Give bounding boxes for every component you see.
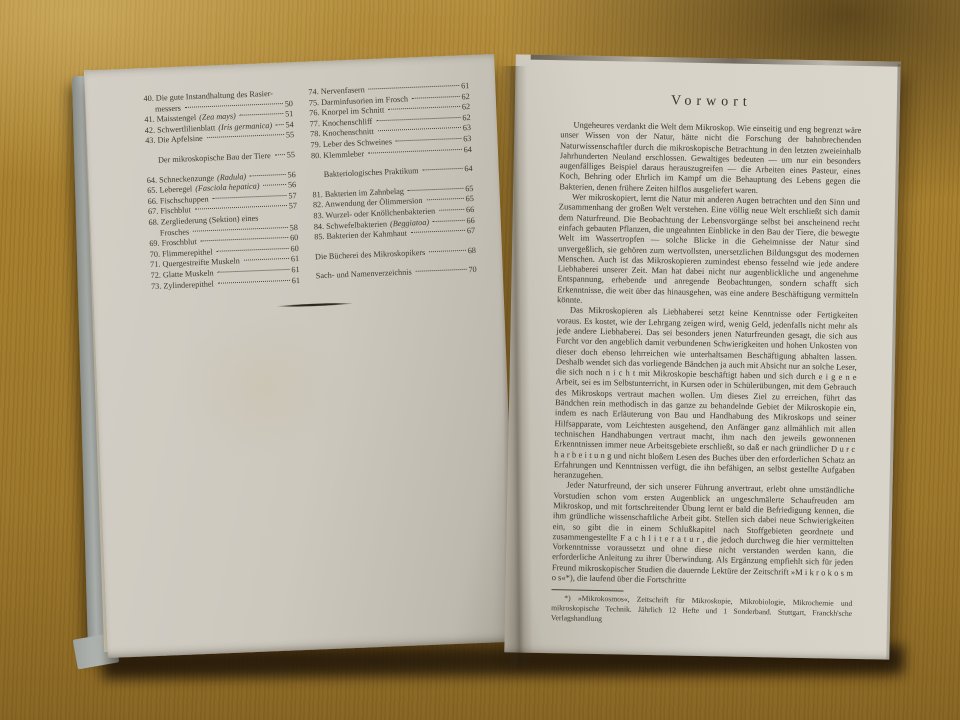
footnote-rule (551, 590, 623, 592)
dot-leader (429, 250, 466, 252)
right-page-vorwort: Vorwort Ungeheures verdankt die Welt dem… (504, 54, 900, 659)
toc-entry-latin: (Iris germanica) (218, 121, 272, 132)
wood-table-background: 40. Die gute Instandhaltung des Rasier- … (0, 0, 960, 720)
dot-leader (218, 269, 290, 273)
footnote: *) »Mikrokosmos«, Zeitschrift für Mikros… (551, 594, 853, 629)
toc-entry-label: 41. Maisstengel (144, 113, 196, 124)
toc-entry-latin: (Beggiatoa) (390, 217, 429, 228)
toc-entry-label: Bakteriologisches Praktikum (324, 166, 419, 180)
dot-leader (378, 127, 461, 131)
toc-entry-label: Die Bücherei des Mikroskopikers (315, 248, 426, 263)
toc-page-number: 63 (463, 123, 472, 134)
toc-page-number: 64 (463, 145, 472, 156)
dot-leader (263, 184, 285, 186)
toc-entry-label: Der mikroskopische Bau der Tiere (158, 151, 271, 166)
section-divider-rule (276, 302, 354, 308)
toc-page-number: 66 (466, 205, 475, 216)
dot-leader (369, 85, 459, 90)
toc-entry-label: 64. Schneckenzunge (147, 173, 215, 185)
toc-page-number: 65 (465, 194, 474, 205)
toc-column-right: 74. Nervenfasern61 75. Darminfusorien im… (308, 81, 477, 285)
vorwort-paragraph: Ungeheures verdankt die Welt dem Mikrosk… (559, 119, 861, 197)
dot-leader (412, 96, 460, 99)
dot-leader (376, 117, 460, 121)
open-book: 40. Die gute Instandhaltung des Rasier- … (78, 40, 930, 680)
toc-entry-latin: (Fasciola hepatica) (195, 182, 260, 194)
toc-page-number: 51 (285, 109, 294, 120)
toc-page-number: 55 (287, 150, 296, 161)
toc-page-number: 62 (461, 92, 470, 103)
toc-entry-label: 73. Zylinderepithel (151, 279, 214, 292)
toc-page-number: 67 (467, 226, 476, 237)
toc-page-number: 57 (289, 201, 298, 212)
toc-entry: Sach- und Namenverzeichnis70 (316, 265, 477, 282)
toc-page-number: 58 (289, 223, 298, 234)
vorwort-text-block: Vorwort Ungeheures verdankt die Welt dem… (505, 54, 901, 629)
toc-page-number: 62 (462, 102, 471, 113)
dot-leader (240, 113, 283, 116)
dot-leader (439, 209, 464, 211)
dot-leader (244, 258, 289, 261)
toc-page-number: 70 (468, 265, 477, 276)
vorwort-paragraph: Wer mikroskopiert, lernt die Natur mit a… (557, 191, 860, 310)
toc-entry: Die Bücherei des Mikroskopikers68 (315, 246, 476, 263)
dot-leader (216, 248, 288, 252)
toc-entry-latin: (Radula) (217, 172, 246, 182)
dot-leader (193, 226, 288, 231)
toc-entry-label: 80. Klemmleber (311, 149, 365, 162)
dot-leader (426, 198, 463, 200)
dot-leader (250, 174, 285, 176)
dot-leader (218, 279, 290, 283)
toc-page-number: 55 (286, 130, 295, 141)
toc-page-number: 61 (291, 265, 300, 276)
toc-page-number: 65 (465, 184, 474, 195)
toc-section-heading: Bakteriologisches Praktikum64 (312, 164, 473, 181)
toc-page-number: 57 (288, 191, 297, 202)
dot-leader (408, 188, 463, 191)
toc-page-number: 61 (291, 254, 300, 265)
toc-entry-label: 42. Schwertlilienblatt (145, 123, 216, 135)
toc-page-number: 54 (285, 120, 294, 131)
dot-leader (275, 154, 285, 155)
dot-leader (411, 230, 465, 233)
page-title: Vorwort (561, 91, 862, 113)
toc-page-number: 60 (290, 233, 299, 244)
toc-entry-latin: (Zea mays) (199, 112, 236, 122)
dot-leader (388, 106, 460, 110)
toc-page-number: 56 (287, 170, 296, 181)
dot-leader (422, 168, 462, 171)
vorwort-paragraph: Jeder Naturfreund, der sich unserer Führ… (552, 480, 855, 589)
toc-page-number: 62 (462, 113, 471, 124)
dot-leader (201, 237, 289, 242)
toc-page-number: 64 (464, 164, 473, 175)
toc-page-number: 61 (461, 81, 470, 92)
vorwort-paragraph: Das Mikroskopieren als Liebhaberei setzt… (554, 305, 858, 486)
dot-leader (207, 134, 284, 138)
dot-leader (396, 138, 461, 142)
toc-entry-label: 43. Die Apfelsine (145, 134, 203, 147)
toc-column-left: 40. Die gute Instandhaltung des Rasier- … (143, 88, 300, 292)
toc-page-number: 66 (466, 215, 475, 226)
toc-page-number: 68 (468, 246, 477, 257)
dot-leader (185, 103, 283, 108)
toc: 40. Die gute Instandhaltung des Rasier- … (84, 54, 503, 315)
dot-leader (213, 195, 287, 199)
dot-leader (433, 219, 464, 221)
toc-page-number: 61 (292, 275, 301, 286)
dot-leader (195, 205, 287, 210)
dot-leader (276, 124, 283, 125)
toc-entry-label: 65. Leberegel (147, 184, 192, 195)
toc-entry-label: 85. Bakterien der Kahmhaut (314, 229, 407, 243)
toc-page-number: 50 (285, 99, 294, 110)
toc-page-number: 56 (288, 180, 297, 191)
toc-page-number: 60 (290, 244, 299, 255)
dot-leader (416, 269, 467, 272)
toc-page-number: 63 (463, 134, 472, 145)
toc-section-heading: Der mikroskopische Bau der Tiere55 (146, 150, 295, 167)
dot-leader (368, 148, 462, 153)
left-page-table-of-contents: 40. Die gute Instandhaltung des Rasier- … (84, 54, 517, 658)
toc-entry-label: Sach- und Namenverzeichnis (316, 268, 412, 282)
